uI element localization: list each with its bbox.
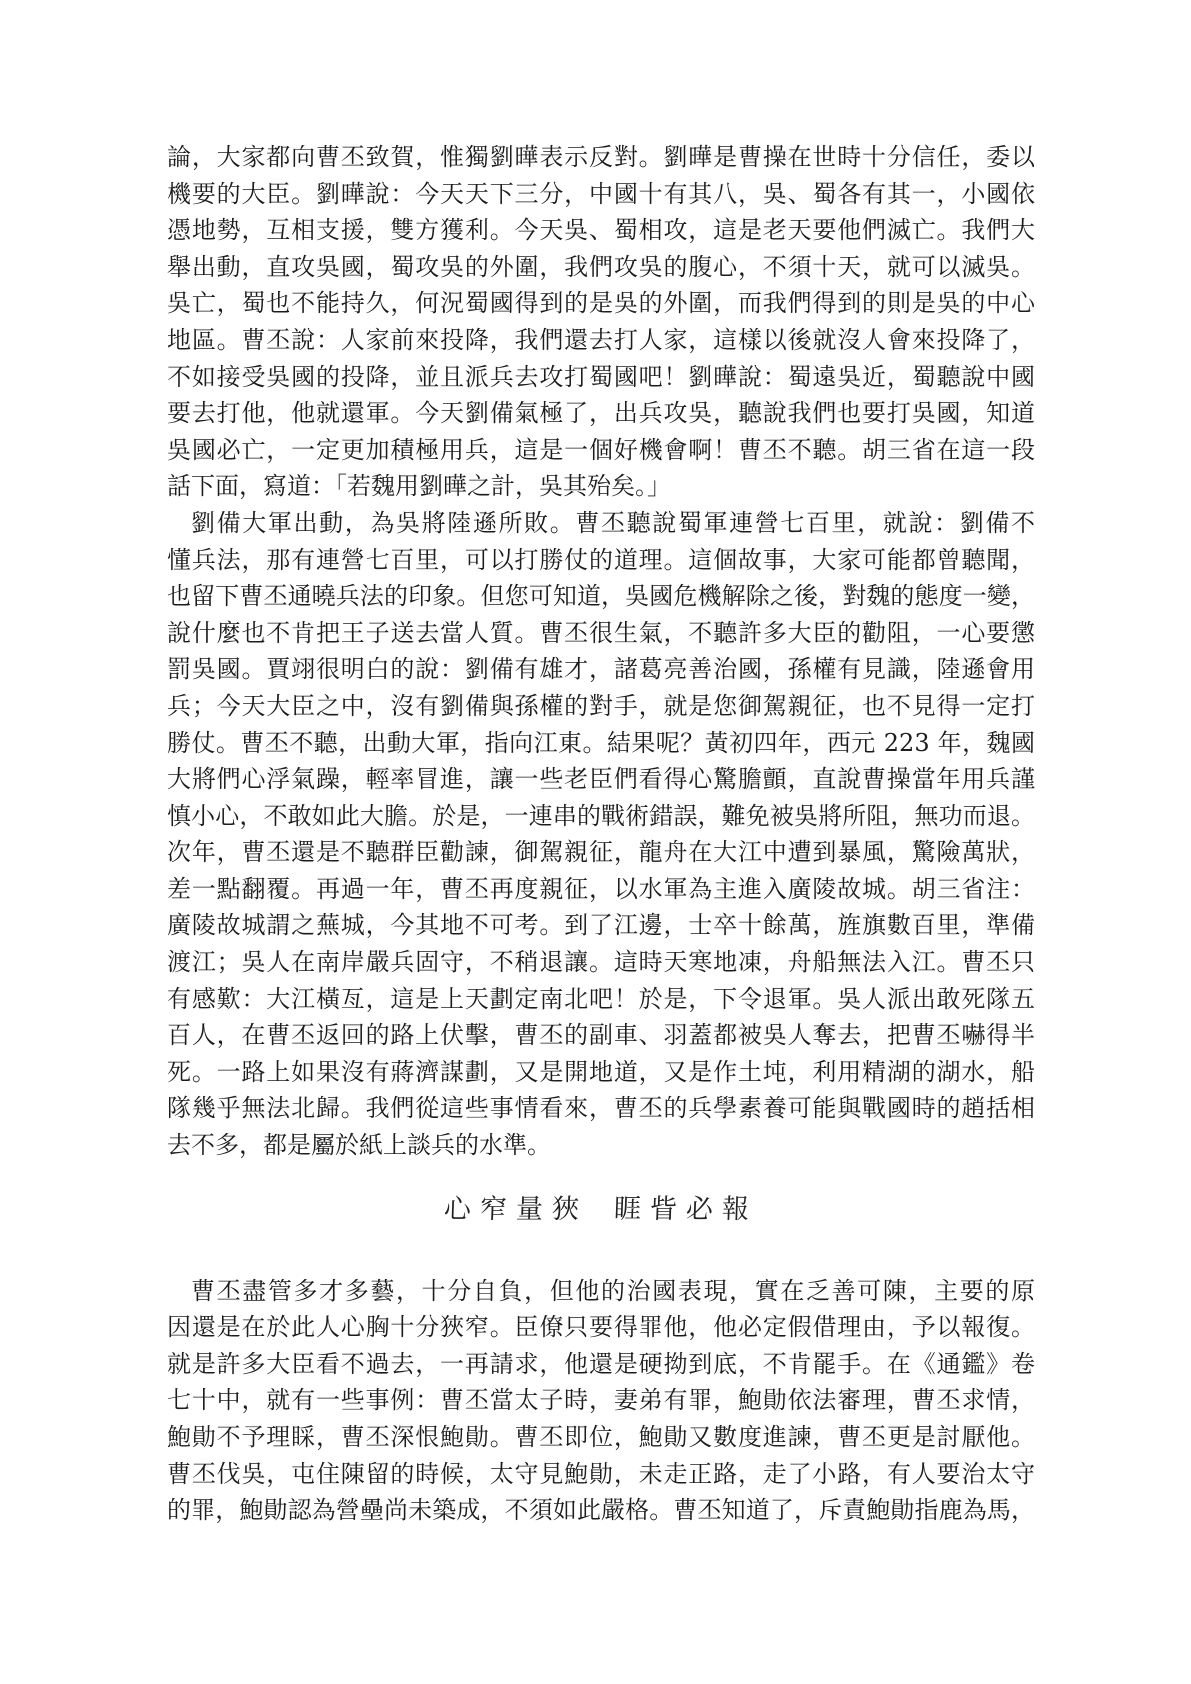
paragraph-1: 論，大家都向曹丕致賀，惟獨劉曄表示反對。劉曄是曹操在世時十分信任，委以機要的大臣… xyxy=(167,139,1035,505)
text-line: 百人，在曹丕返回的路上伏擊，曹丕的副車、羽蓋都被吳人奪去，把曹丕嚇得半 xyxy=(167,1017,1035,1054)
text-line: 劉備大軍出動，為吳將陸遜所敗。曹丕聽說蜀軍連營七百里，就說：劉備不 xyxy=(167,505,1035,542)
text-line: 吳亡，蜀也不能持久，何況蜀國得到的是吳的外圍，而我們得到的則是吳的中心 xyxy=(167,285,1035,322)
text-line: 懂兵法，那有連營七百里，可以打勝仗的道理。這個故事，大家可能都曾聽聞， xyxy=(167,542,1035,579)
text-line: 因還是在於此人心胸十分狹窄。臣僚只要得罪他，他必定假借理由，予以報復。 xyxy=(167,1309,1035,1346)
text-line: 廣陵故城謂之蕪城，今其地不可考。到了江邊，士卒十餘萬，旌旗數百里，準備 xyxy=(167,907,1035,944)
text-line: 機要的大臣。劉曄說：今天天下三分，中國十有其八，吳、蜀各有其一，小國依 xyxy=(167,176,1035,213)
text-line: 曹丕盡管多才多藝，十分自負，但他的治國表現，實在乏善可陳，主要的原 xyxy=(167,1273,1035,1310)
text-line: 不如接受吳國的投降，並且派兵去攻打蜀國吧！劉曄說：蜀遠吳近，蜀聽說中國 xyxy=(167,359,1035,396)
text-line: 次年，曹丕還是不聽群臣勸諫，御駕親征，龍舟在大江中遭到暴風，驚險萬狀， xyxy=(167,834,1035,871)
text-line: 憑地勢，互相支援，雙方獲利。今天吳、蜀相攻，這是老天要他們滅亡。我們大 xyxy=(167,212,1035,249)
text-line: 大將們心浮氣躁，輕率冒進，讓一些老臣們看得心驚膽顫，直說曹操當年用兵謹 xyxy=(167,761,1035,798)
text-line: 也留下曹丕通曉兵法的印象。但您可知道，吳國危機解除之後，對魏的態度一變， xyxy=(167,578,1035,615)
text-line: 去不多，都是屬於紙上談兵的水準。 xyxy=(167,1127,1035,1164)
text-line: 就是許多大臣看不過去，一再請求，他還是硬拗到底，不肯罷手。在《通鑑》卷 xyxy=(167,1346,1035,1383)
text-line: 有感歎：大江橫亙，這是上天劃定南北吧！於是，下令退軍。吳人派出敢死隊五 xyxy=(167,981,1035,1018)
heading-part: 睚眥必報 xyxy=(613,1187,758,1226)
text-line: 勝仗。曹丕不聽，出動大軍，指向江東。結果呢？黃初四年，西元 223 年，魏國 xyxy=(167,725,1035,762)
text-line: 的罪，鮑勛認為營壘尚未築成，不須如此嚴格。曹丕知道了，斥責鮑勛指鹿為馬， xyxy=(167,1492,1035,1529)
text-line: 差一點翻覆。再過一年，曹丕再度親征，以水軍為主進入廣陵故城。胡三省注： xyxy=(167,871,1035,908)
document-page: { "page": { "background": "#ffffff", "te… xyxy=(0,0,1191,1684)
text-line: 七十中，就有一些事例：曹丕當太子時，妻弟有罪，鮑勛依法審理，曹丕求情， xyxy=(167,1382,1035,1419)
text-line: 死。一路上如果沒有蔣濟謀劃，又是開地道，又是作土坉，利用精湖的湖水，船 xyxy=(167,1054,1035,1091)
text-line: 吳國必亡，一定更加積極用兵，這是一個好機會啊！曹丕不聽。胡三省在這一段 xyxy=(167,432,1035,469)
text-line: 罰吳國。賈翊很明白的說：劉備有雄才，諸葛亮善治國，孫權有見識，陸遜會用 xyxy=(167,651,1035,688)
paragraph-2: 劉備大軍出動，為吳將陸遜所敗。曹丕聽說蜀軍連營七百里，就說：劉備不懂兵法，那有連… xyxy=(167,505,1035,1164)
section-heading: 心窄量狹睚眥必報 xyxy=(167,1187,1035,1227)
text-line: 隊幾乎無法北歸。我們從這些事情看來，曹丕的兵學素養可能與戰國時的趙括相 xyxy=(167,1090,1035,1127)
text-line: 舉出動，直攻吳國，蜀攻吳的外圍，我們攻吳的腹心，不須十天，就可以滅吳。 xyxy=(167,249,1035,286)
paragraph-3: 曹丕盡管多才多藝，十分自負，但他的治國表現，實在乏善可陳，主要的原因還是在於此人… xyxy=(167,1273,1035,1529)
text-line: 鮑勛不予理睬，曹丕深恨鮑勛。曹丕即位，鮑勛又數度進諫，曹丕更是討厭他。 xyxy=(167,1419,1035,1456)
text-line: 兵；今天大臣之中，沒有劉備與孫權的對手，就是您御駕親征，也不見得一定打 xyxy=(167,688,1035,725)
text-line: 要去打他，他就還軍。今天劉備氣極了，出兵攻吳，聽說我們也要打吳國，知道 xyxy=(167,395,1035,432)
text-line: 話下面，寫道：「若魏用劉曄之計，吳其殆矣。」 xyxy=(167,468,1035,505)
document-body: 論，大家都向曹丕致賀，惟獨劉曄表示反對。劉曄是曹操在世時十分信任，委以機要的大臣… xyxy=(167,139,1035,1529)
text-line: 論，大家都向曹丕致賀，惟獨劉曄表示反對。劉曄是曹操在世時十分信任，委以 xyxy=(167,139,1035,176)
text-line: 曹丕伐吳，屯住陳留的時候，太守見鮑勛，未走正路，走了小路，有人要治太守 xyxy=(167,1456,1035,1493)
text-line: 慎小心，不敢如此大膽。於是，一連串的戰術錯誤，難免被吳將所阻，無功而退。 xyxy=(167,798,1035,835)
heading-part: 心窄量狹 xyxy=(443,1187,588,1226)
text-line: 渡江；吳人在南岸嚴兵固守，不稍退讓。這時天寒地凍，舟船無法入江。曹丕只 xyxy=(167,944,1035,981)
text-line: 地區。曹丕說：人家前來投降，我們還去打人家，這樣以後就沒人會來投降了， xyxy=(167,322,1035,359)
text-line: 說什麼也不肯把王子送去當人質。曹丕很生氣，不聽許多大臣的勸阻，一心要懲 xyxy=(167,615,1035,652)
